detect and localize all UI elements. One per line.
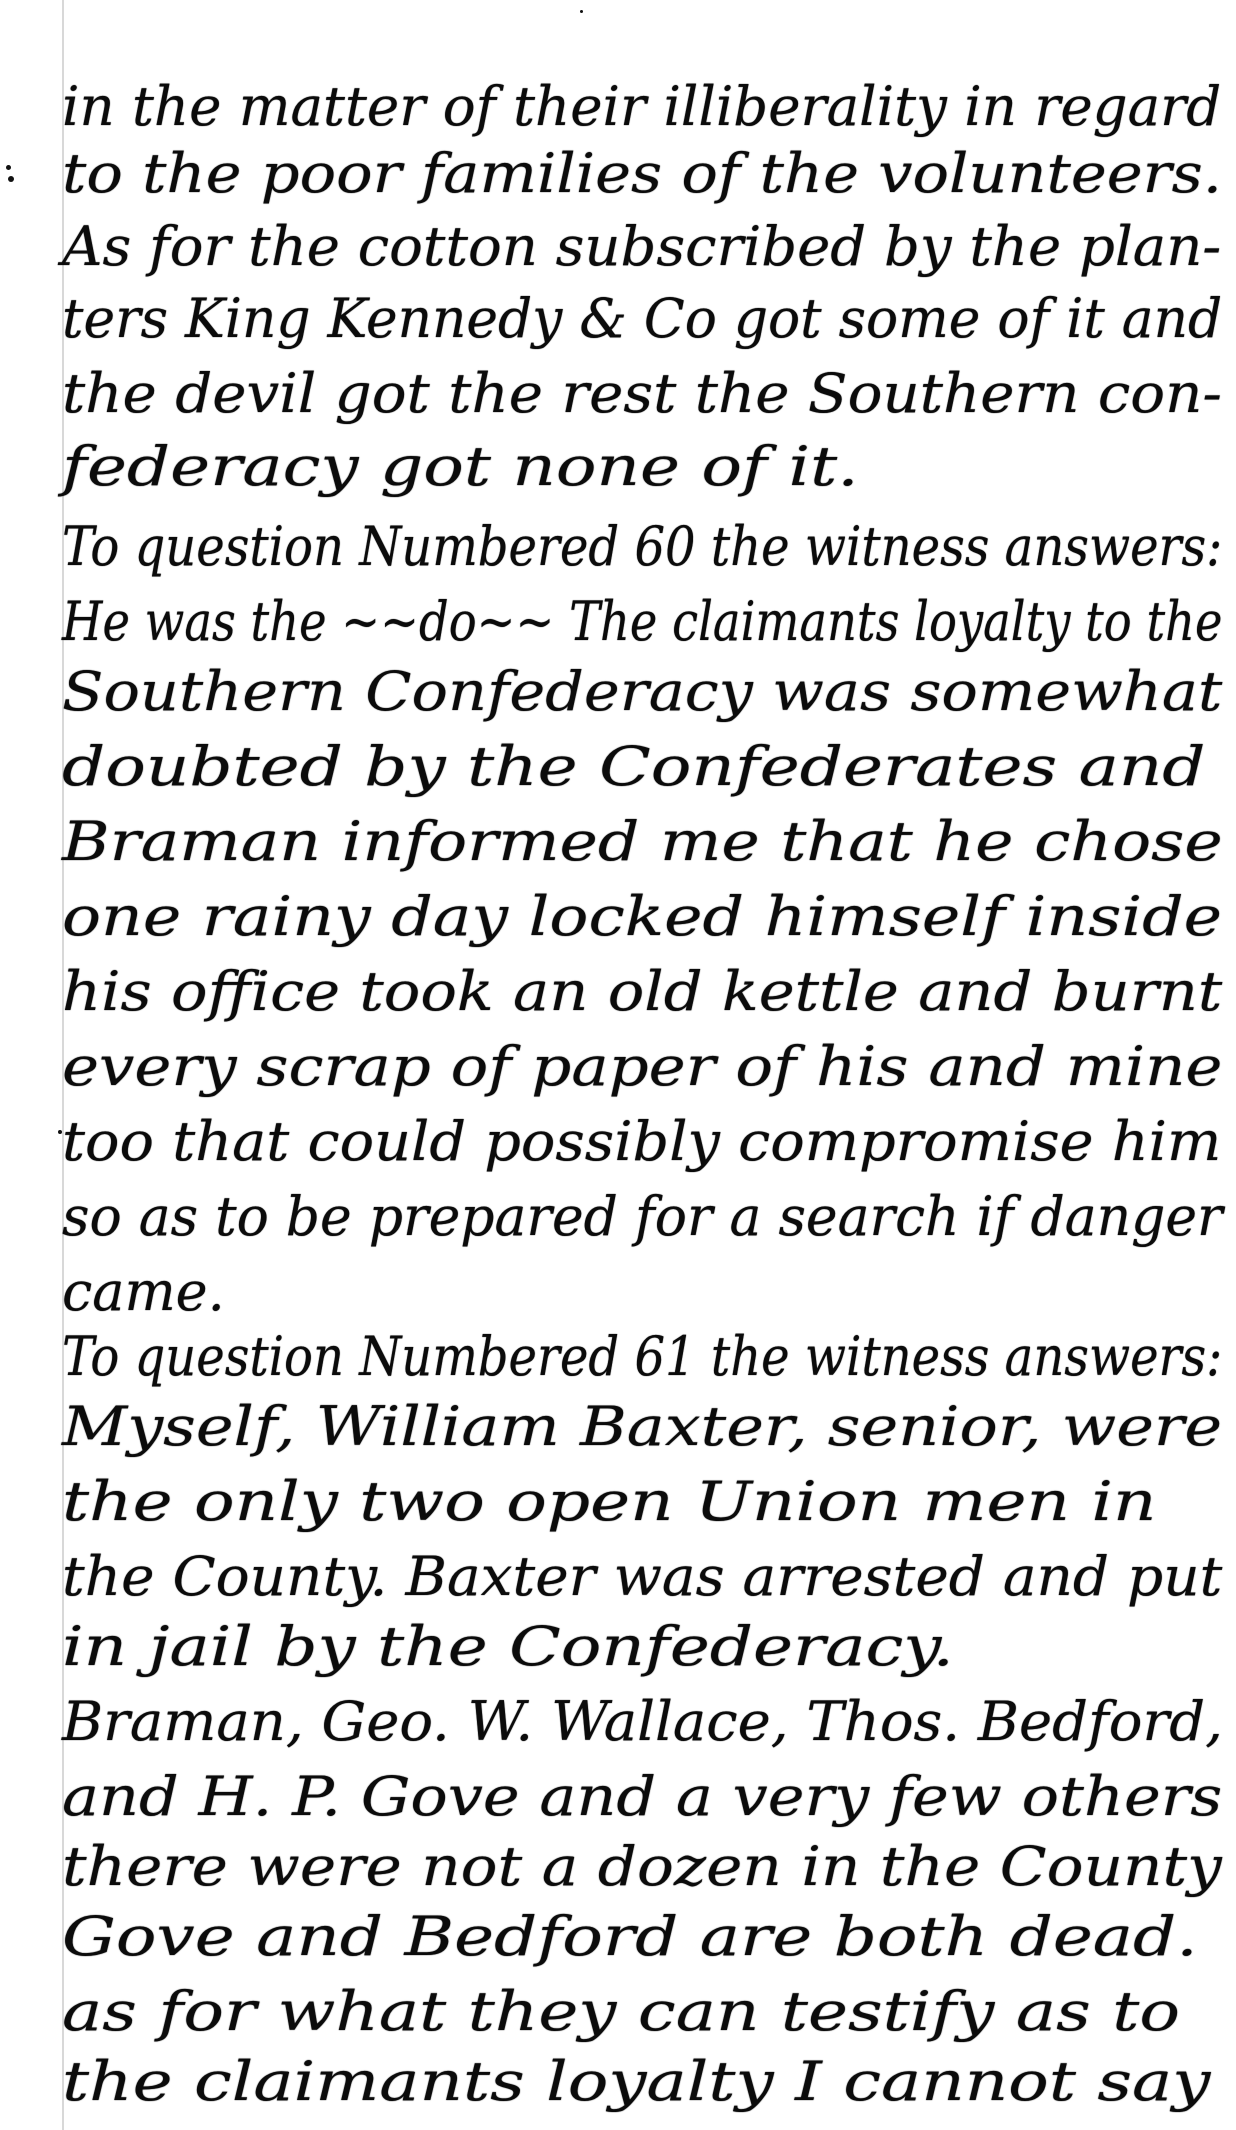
text-line: As for the cotton subscribed by the plan… [62,220,1221,274]
text-line: Myself, William Baxter, senior, were [62,1400,1222,1454]
text-line: one rainy day locked himself inside [62,890,1222,944]
text-line: in jail by the Confederacy. [62,1620,954,1674]
text-line: To question Numbered 61 the witness answ… [62,1330,1222,1384]
text-line: there were not a dozen in the County [62,1840,1222,1894]
text-line: Southern Confederacy was somewhat [62,665,1222,719]
text-line: and H. P. Gove and a very few others [62,1770,1222,1824]
text-line: the claimants loyalty I cannot say [62,2055,1210,2109]
ink-speck [8,176,14,182]
text-line: federacy got none of it. [62,440,859,494]
text-line: the County. Baxter was arrested and put [62,1550,1222,1604]
text-line: too that could possibly compromise him [62,1115,1221,1169]
text-line: Braman, Geo. W. Wallace, Thos. Bedford, [62,1695,1223,1749]
text-line: the devil got the rest the Southern con- [62,367,1222,421]
text-line: doubted by the Confederates and [62,740,1206,794]
text-line: to the poor families of the volunteers. [62,147,1222,201]
text-line: the only two open Union men in [62,1475,1156,1529]
text-line: so as to be prepared for a search if dan… [62,1190,1223,1244]
text-line: came. [62,1265,225,1319]
text-line: his office took an old kettle and burnt [62,965,1222,1019]
document-page: in the matter of their illiberality in r… [0,0,1236,2130]
text-line: Braman informed me that he chose [62,815,1223,869]
handwritten-text-body: in the matter of their illiberality in r… [62,0,1236,2130]
text-line: every scrap of paper of his and mine [62,1040,1222,1094]
text-line: as for what they can testify as to [62,1985,1180,2039]
text-line: Gove and Bedford are both dead. [62,1910,1198,1964]
text-line: ters King Kennedy & Co got some of it an… [62,292,1222,346]
text-line: He was the ~~do~~ The claimants loyalty … [62,595,1222,649]
text-line: To question Numbered 60 the witness answ… [62,520,1222,574]
ink-speck [6,165,11,170]
text-line: in the matter of their illiberality in r… [62,80,1221,134]
